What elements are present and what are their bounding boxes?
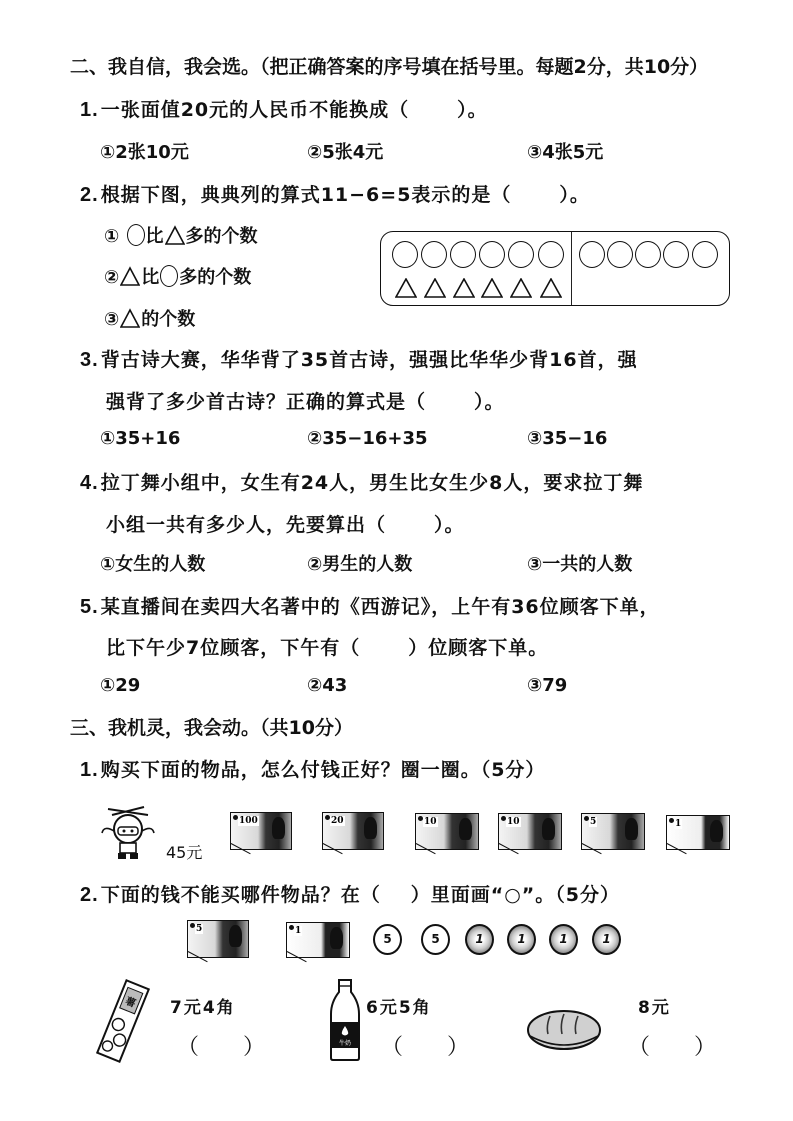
question-5: 5.某直播间在卖四大名著中的《西游记》，上午有36位顾客下单， <box>80 592 660 619</box>
triangle-icon <box>120 308 140 328</box>
note-value: 10 <box>423 817 438 827</box>
milk-label: 牛奶 <box>339 1039 351 1047</box>
section-2-title: 二、我自信，我会选。（把正确答案的序号填在括号里。每题2分，共10分） <box>70 52 708 79</box>
question-4: 4.拉丁舞小组中，女生有24人，男生比女生少8人，要求拉丁舞 <box>80 468 643 495</box>
answer-parentheses-chips[interactable]: （ ） <box>177 1030 265 1061</box>
question-number: 3. <box>80 349 99 371</box>
question-text: 一张面值20元的人民币不能换成（ <box>101 99 409 121</box>
banknote-20[interactable]: 20 <box>322 812 384 850</box>
price-chips: 7元4角 <box>170 993 236 1018</box>
coin-1-jiao: 1 <box>549 924 578 955</box>
option-suffix: 的个数 <box>141 309 195 330</box>
coin-5-jiao: 5 <box>421 924 450 955</box>
circle-icon <box>508 241 534 268</box>
question-number: 1. <box>80 99 99 121</box>
question-number: 4. <box>80 472 99 494</box>
question-3-line-2: 强背了多少首古诗？正确的算式是（）。 <box>106 387 505 414</box>
note-value: 1 <box>294 926 302 936</box>
question-text: 拉丁舞小组中，女生有24人，男生比女生少8人，要求拉丁舞 <box>101 472 644 494</box>
banknote-1: 1 <box>286 922 350 958</box>
price-milk: 6元5角 <box>366 993 432 1018</box>
option-1[interactable]: ① 比多的个数 <box>104 222 258 248</box>
question-text-end: ）。 <box>457 99 488 121</box>
circle-icon <box>607 241 633 268</box>
coin-1-jiao: 1 <box>592 924 621 955</box>
note-value: 100 <box>238 816 259 826</box>
question-2: 2.根据下图，典典列的算式11−6=5表示的是（）。 <box>80 180 590 207</box>
chips-bag-image: 薯 <box>96 978 150 1064</box>
note-value: 5 <box>195 924 203 934</box>
option-3[interactable]: ③4张5元 <box>527 138 603 164</box>
option-suffix: 多的个数 <box>179 267 251 288</box>
option-2[interactable]: ②比多的个数 <box>104 263 251 289</box>
circle-icon <box>663 241 689 268</box>
question-text-end: ）。 <box>434 514 465 536</box>
question-text: 某直播间在卖四大名著中的《西游记》，上午有36位顾客下单， <box>101 596 660 618</box>
question-text-end: ）。 <box>474 391 505 413</box>
option-3[interactable]: ③79 <box>527 675 567 696</box>
question-text: 小组一共有多少人，先要算出（ <box>106 514 386 536</box>
triangle-icon <box>510 278 532 298</box>
circle-icon <box>450 241 476 268</box>
shapes-diagram <box>380 231 730 306</box>
question-text: 强背了多少首古诗？正确的算式是（ <box>106 391 426 413</box>
price-bread: 8元 <box>638 993 671 1018</box>
item-price: 45元 <box>166 840 202 863</box>
circle-icon <box>538 241 564 268</box>
answer-parentheses-milk[interactable]: （ ） <box>381 1030 469 1061</box>
banknote-100[interactable]: 100 <box>230 812 292 850</box>
circle-icon <box>127 224 145 246</box>
option-3[interactable]: ③的个数 <box>104 305 195 331</box>
question-1: 1.一张面值20元的人民币不能换成（）。 <box>80 95 488 122</box>
question-5-line-2: 比下午少7位顾客，下午有（）位顾客下单。 <box>106 633 548 660</box>
circle-icon <box>421 241 447 268</box>
banknote-1[interactable]: 1 <box>666 815 730 850</box>
banknote-5[interactable]: 5 <box>581 813 645 850</box>
question-text-end: ）里面画“○”。（5分） <box>411 884 620 906</box>
triangle-icon <box>481 278 503 298</box>
option-2[interactable]: ②5张4元 <box>307 138 383 164</box>
question-text-end: ）位顾客下单。 <box>408 637 548 659</box>
section3-question-1: 1.购买下面的物品，怎么付钱正好？圈一圈。（5分） <box>80 755 545 782</box>
question-3: 3.背古诗大赛，华华背了35首古诗，强强比华华少背16首，强 <box>80 345 638 372</box>
question-number: 2. <box>80 184 99 206</box>
question-text: 下面的钱不能买哪件物品？在（ <box>101 884 381 906</box>
question-4-line-2: 小组一共有多少人，先要算出（）。 <box>106 510 465 537</box>
triangle-icon <box>424 278 446 298</box>
option-compare: 比 <box>146 226 164 247</box>
option-3[interactable]: ③一共的人数 <box>527 550 632 576</box>
circle-icon <box>160 265 178 287</box>
coin-5-jiao: 5 <box>373 924 402 955</box>
option-1[interactable]: ①35+16 <box>100 428 180 449</box>
circle-icon <box>635 241 661 268</box>
triangle-icon <box>453 278 475 298</box>
circle-icon <box>692 241 718 268</box>
option-2[interactable]: ②43 <box>307 675 347 696</box>
question-text: 背古诗大赛，华华背了35首古诗，强强比华华少背16首，强 <box>101 349 638 371</box>
option-3[interactable]: ③35−16 <box>527 428 607 449</box>
answer-parentheses-bread[interactable]: （ ） <box>628 1030 716 1061</box>
question-number: 2. <box>80 884 99 906</box>
banknote-5: 5 <box>187 920 249 958</box>
section-3-title: 三、我机灵，我会动。（共10分） <box>70 713 353 740</box>
circle-icon <box>479 241 505 268</box>
option-1[interactable]: ①2张10元 <box>100 138 189 164</box>
question-text: 购买下面的物品，怎么付钱正好？圈一圈。（5分） <box>101 759 546 781</box>
option-1[interactable]: ①29 <box>100 675 140 696</box>
question-text: 根据下图，典典列的算式11−6=5表示的是（ <box>101 184 512 206</box>
banknote-10[interactable]: 10 <box>498 813 562 850</box>
question-text: 比下午少7位顾客，下午有（ <box>106 637 360 659</box>
triangle-icon <box>540 278 562 298</box>
diagram-divider <box>571 232 572 305</box>
note-value: 1 <box>674 819 682 829</box>
note-value: 20 <box>330 816 345 826</box>
coin-1-jiao: 1 <box>507 924 536 955</box>
option-1[interactable]: ①女生的人数 <box>100 550 205 576</box>
coin-1-jiao: 1 <box>465 924 494 955</box>
question-text-end: ）。 <box>559 184 590 206</box>
milk-bottle-image: 牛奶 <box>328 978 362 1062</box>
note-value: 10 <box>506 817 521 827</box>
option-compare: 比 <box>141 267 159 288</box>
option-prefix: ① <box>104 226 119 247</box>
question-number: 5. <box>80 596 99 618</box>
option-2[interactable]: ②男生的人数 <box>307 550 412 576</box>
triangle-icon <box>165 225 185 245</box>
note-value: 5 <box>589 817 597 827</box>
banknote-10[interactable]: 10 <box>415 813 479 850</box>
circle-icon <box>579 241 605 268</box>
triangle-icon <box>395 278 417 298</box>
option-prefix: ③ <box>104 309 119 330</box>
section3-question-2: 2.下面的钱不能买哪件物品？在（）里面画“○”。（5分） <box>80 880 620 907</box>
circle-icon <box>392 241 418 268</box>
question-number: 1. <box>80 759 99 781</box>
option-prefix: ② <box>104 267 119 288</box>
option-2[interactable]: ②35−16+35 <box>307 428 428 449</box>
option-suffix: 多的个数 <box>186 226 258 247</box>
bread-image <box>526 1008 602 1054</box>
toy-robot-image <box>98 803 158 861</box>
triangle-icon <box>120 266 140 286</box>
